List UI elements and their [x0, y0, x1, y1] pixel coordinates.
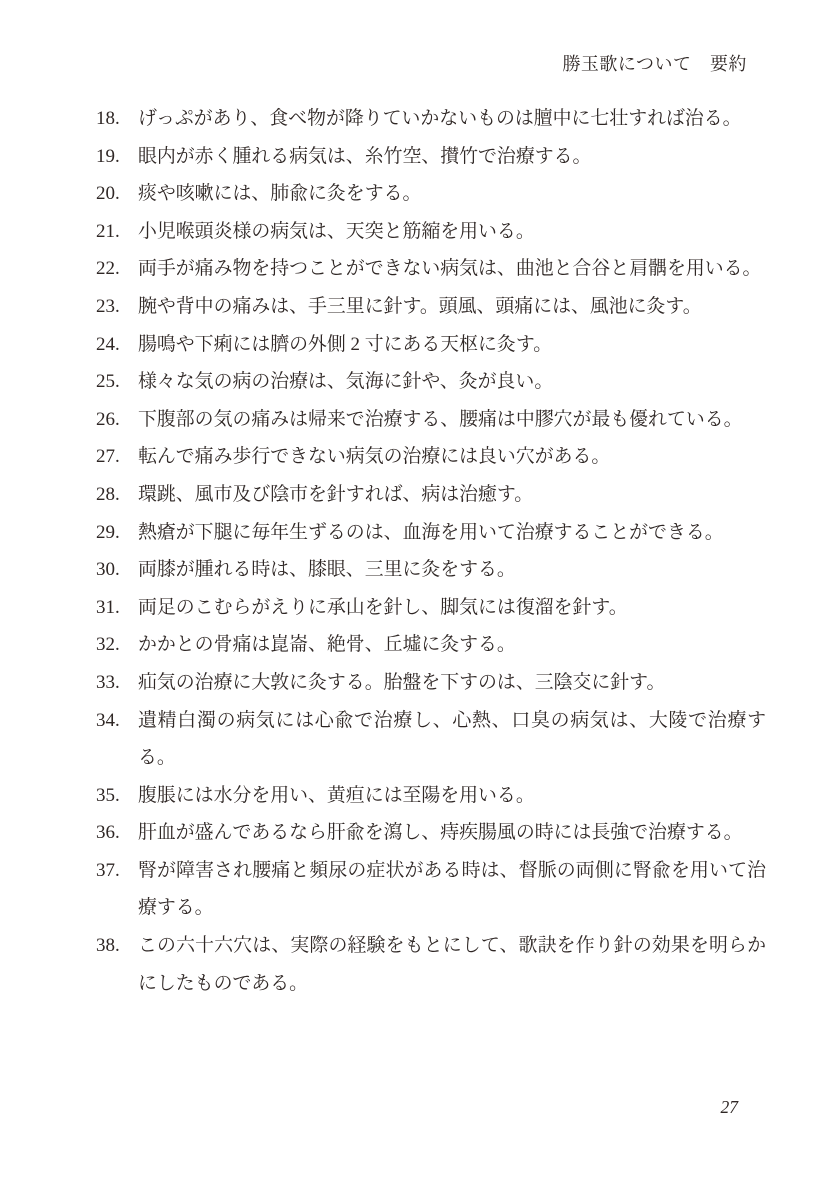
list-item: 38. この六十六穴は、実際の経験をもとにして、歌訣を作り針の効果を明らかにした… [0, 927, 830, 1002]
page-header-title: 勝玉歌について 要約 [562, 50, 747, 76]
list-item-number: 36. [96, 814, 136, 852]
list-item-text: 熱瘡が下腿に毎年生ずるのは、血海を用いて治療することができる。 [138, 522, 724, 543]
list-item: 27. 転んで痛み歩行できない病気の治療には良い穴がある。 [0, 438, 830, 476]
list-item: 19. 眼内が赤く腫れる病気は、糸竹空、攅竹で治療する。 [0, 138, 830, 176]
list-item: 18. げっぷがあり、食べ物が降りていかないものは膻中に七壮すれば治る。 [0, 100, 830, 138]
list-item-number: 22. [96, 250, 136, 288]
list-item-text: 環跳、風市及び陰市を針すれば、病は治癒す。 [138, 484, 533, 505]
list-item: 33. 疝気の治療に大敦に灸する。胎盤を下すのは、三陰交に針す。 [0, 664, 830, 702]
list-item: 22. 両手が痛み物を持つことができない病気は、曲池と合谷と肩髃を用いる。 [0, 250, 830, 288]
list-item-text: 腎が障害され腰痛と頻尿の症状がある時は、督脈の両側に腎兪を用いて治療する。 [138, 860, 766, 919]
list-item-number: 24. [96, 326, 136, 364]
list-item-text: げっぷがあり、食べ物が降りていかないものは膻中に七壮すれば治る。 [138, 108, 742, 129]
list-item: 25. 様々な気の病の治療は、気海に針や、灸が良い。 [0, 363, 830, 401]
list-item-text: 両手が痛み物を持つことができない病気は、曲池と合谷と肩髃を用いる。 [138, 258, 761, 279]
list-item-number: 18. [96, 100, 136, 138]
list-item-text: 様々な気の病の治療は、気海に針や、灸が良い。 [138, 371, 553, 392]
list-item: 24. 腸鳴や下痢には臍の外側 2 寸にある天枢に灸す。 [0, 326, 830, 364]
list-item-number: 37. [96, 852, 136, 890]
list-item: 29. 熱瘡が下腿に毎年生ずるのは、血海を用いて治療することができる。 [0, 514, 830, 552]
list-item-number: 33. [96, 664, 136, 702]
list-item-text: 転んで痛み歩行できない病気の治療には良い穴がある。 [138, 446, 610, 467]
list-item: 35. 腹脹には水分を用い、黄疸には至陽を用いる。 [0, 777, 830, 815]
list-item-text: 腹脹には水分を用い、黄疸には至陽を用いる。 [138, 785, 535, 806]
list-item-number: 30. [96, 551, 136, 589]
list-item-text: 小児喉頭炎様の病気は、天突と筋縮を用いる。 [138, 221, 535, 242]
list-item-number: 29. [96, 514, 136, 552]
list-item-text: かかとの骨痛は崑崙、絶骨、丘墟に灸する。 [138, 634, 516, 655]
list-item: 36. 肝血が盛んであるなら肝兪を瀉し、痔疾腸風の時には長強で治療する。 [0, 814, 830, 852]
list-item: 20. 痰や咳嗽には、肺兪に灸をする。 [0, 175, 830, 213]
summary-list: 18. げっぷがあり、食べ物が降りていかないものは膻中に七壮すれば治る。 19.… [0, 100, 830, 1002]
list-item: 31. 両足のこむらがえりに承山を針し、脚気には復溜を針す。 [0, 589, 830, 627]
list-item-text: 両足のこむらがえりに承山を針し、脚気には復溜を針す。 [138, 597, 628, 618]
list-item-number: 28. [96, 476, 136, 514]
page-number: 27 [721, 1097, 739, 1118]
list-item: 28. 環跳、風市及び陰市を針すれば、病は治癒す。 [0, 476, 830, 514]
list-item: 21. 小児喉頭炎様の病気は、天突と筋縮を用いる。 [0, 213, 830, 251]
list-item-text: この六十六穴は、実際の経験をもとにして、歌訣を作り針の効果を明らかにしたものであ… [138, 935, 766, 994]
list-item: 26. 下腹部の気の痛みは帰来で治療する、腰痛は中膠穴が最も優れている。 [0, 401, 830, 439]
list-item-text: 疝気の治療に大敦に灸する。胎盤を下すのは、三陰交に針す。 [138, 672, 665, 693]
list-item: 23. 腕や背中の痛みは、手三里に針す。頭風、頭痛には、風池に灸す。 [0, 288, 830, 326]
list-item-number: 27. [96, 438, 136, 476]
list-item-number: 38. [96, 927, 136, 965]
list-item-text: 腕や背中の痛みは、手三里に針す。頭風、頭痛には、風池に灸す。 [138, 296, 702, 317]
list-item-text: 下腹部の気の痛みは帰来で治療する、腰痛は中膠穴が最も優れている。 [138, 409, 743, 430]
list-item: 34. 遺精白濁の病気には心兪で治療し、心熱、口臭の病気は、大陵で治療する。 [0, 702, 830, 777]
list-item-text: 腸鳴や下痢には臍の外側 2 寸にある天枢に灸す。 [138, 334, 552, 355]
list-item: 37. 腎が障害され腰痛と頻尿の症状がある時は、督脈の両側に腎兪を用いて治療する… [0, 852, 830, 927]
list-item-text: 肝血が盛んであるなら肝兪を瀉し、痔疾腸風の時には長強で治療する。 [138, 822, 743, 843]
list-item-number: 21. [96, 213, 136, 251]
list-item-text: 両膝が腫れる時は、膝眼、三里に灸をする。 [138, 559, 516, 580]
list-item-text: 眼内が赤く腫れる病気は、糸竹空、攅竹で治療する。 [138, 146, 591, 167]
list-item-number: 34. [96, 702, 136, 740]
list-item-number: 20. [96, 175, 136, 213]
list-item: 32. かかとの骨痛は崑崙、絶骨、丘墟に灸する。 [0, 626, 830, 664]
list-item-text: 痰や咳嗽には、肺兪に灸をする。 [138, 183, 421, 204]
list-item-number: 25. [96, 363, 136, 401]
list-item-number: 31. [96, 589, 136, 627]
document-page: 勝玉歌について 要約 18. げっぷがあり、食べ物が降りていかないものは膻中に七… [0, 0, 830, 1178]
list-item: 30. 両膝が腫れる時は、膝眼、三里に灸をする。 [0, 551, 830, 589]
list-item-number: 35. [96, 777, 136, 815]
list-item-number: 26. [96, 401, 136, 439]
list-item-number: 19. [96, 138, 136, 176]
list-item-text: 遺精白濁の病気には心兪で治療し、心熱、口臭の病気は、大陵で治療する。 [138, 710, 766, 769]
list-item-number: 32. [96, 626, 136, 664]
list-item-number: 23. [96, 288, 136, 326]
